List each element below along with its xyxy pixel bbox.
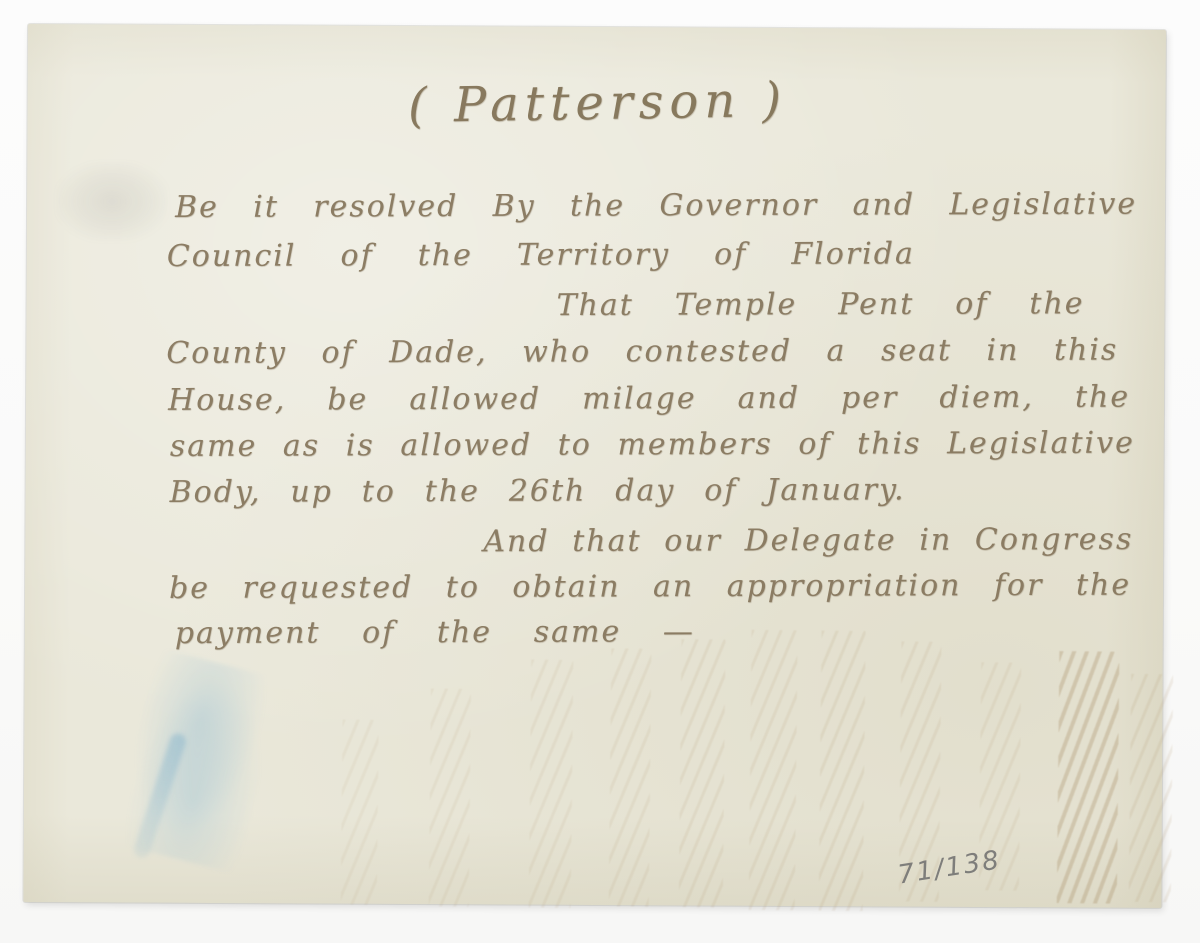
bleed-stripe [429,688,471,906]
ink-bleedthrough [301,623,1184,928]
body-line: Body, up to the 26th day of January. [170,473,906,509]
body-line: same as is allowed to members of this Le… [170,427,1135,463]
body-line: Council of the Territory of Florida [167,237,915,273]
bleed-stripe [749,630,798,910]
body-line: County of Dade, who contested a seat in … [166,334,1118,370]
ink-smudge [57,162,167,241]
bleed-stripe [1129,674,1173,902]
bleed-stripe [609,648,652,906]
document-page: ( Patterson ) Be it resolved By the Gove… [23,24,1166,908]
bleed-stripe [529,660,574,908]
bleed-stripe [1057,651,1120,904]
body-line: That Temple Pent of the [556,287,1084,322]
bleed-stripe [819,631,866,911]
body-line: And that our Delegate in Congress [483,523,1133,558]
body-line: Be it resolved By the Governor and Legis… [175,188,1137,224]
body-line: be requested to obtain an appropriation … [169,569,1131,605]
bleed-stripe [679,639,726,907]
body-line: House, be allowed milage and per diem, t… [168,381,1130,417]
bleed-stripe [341,720,379,905]
body-line: payment of the same — [175,615,695,650]
docket-title: ( Patterson ) [357,71,838,135]
